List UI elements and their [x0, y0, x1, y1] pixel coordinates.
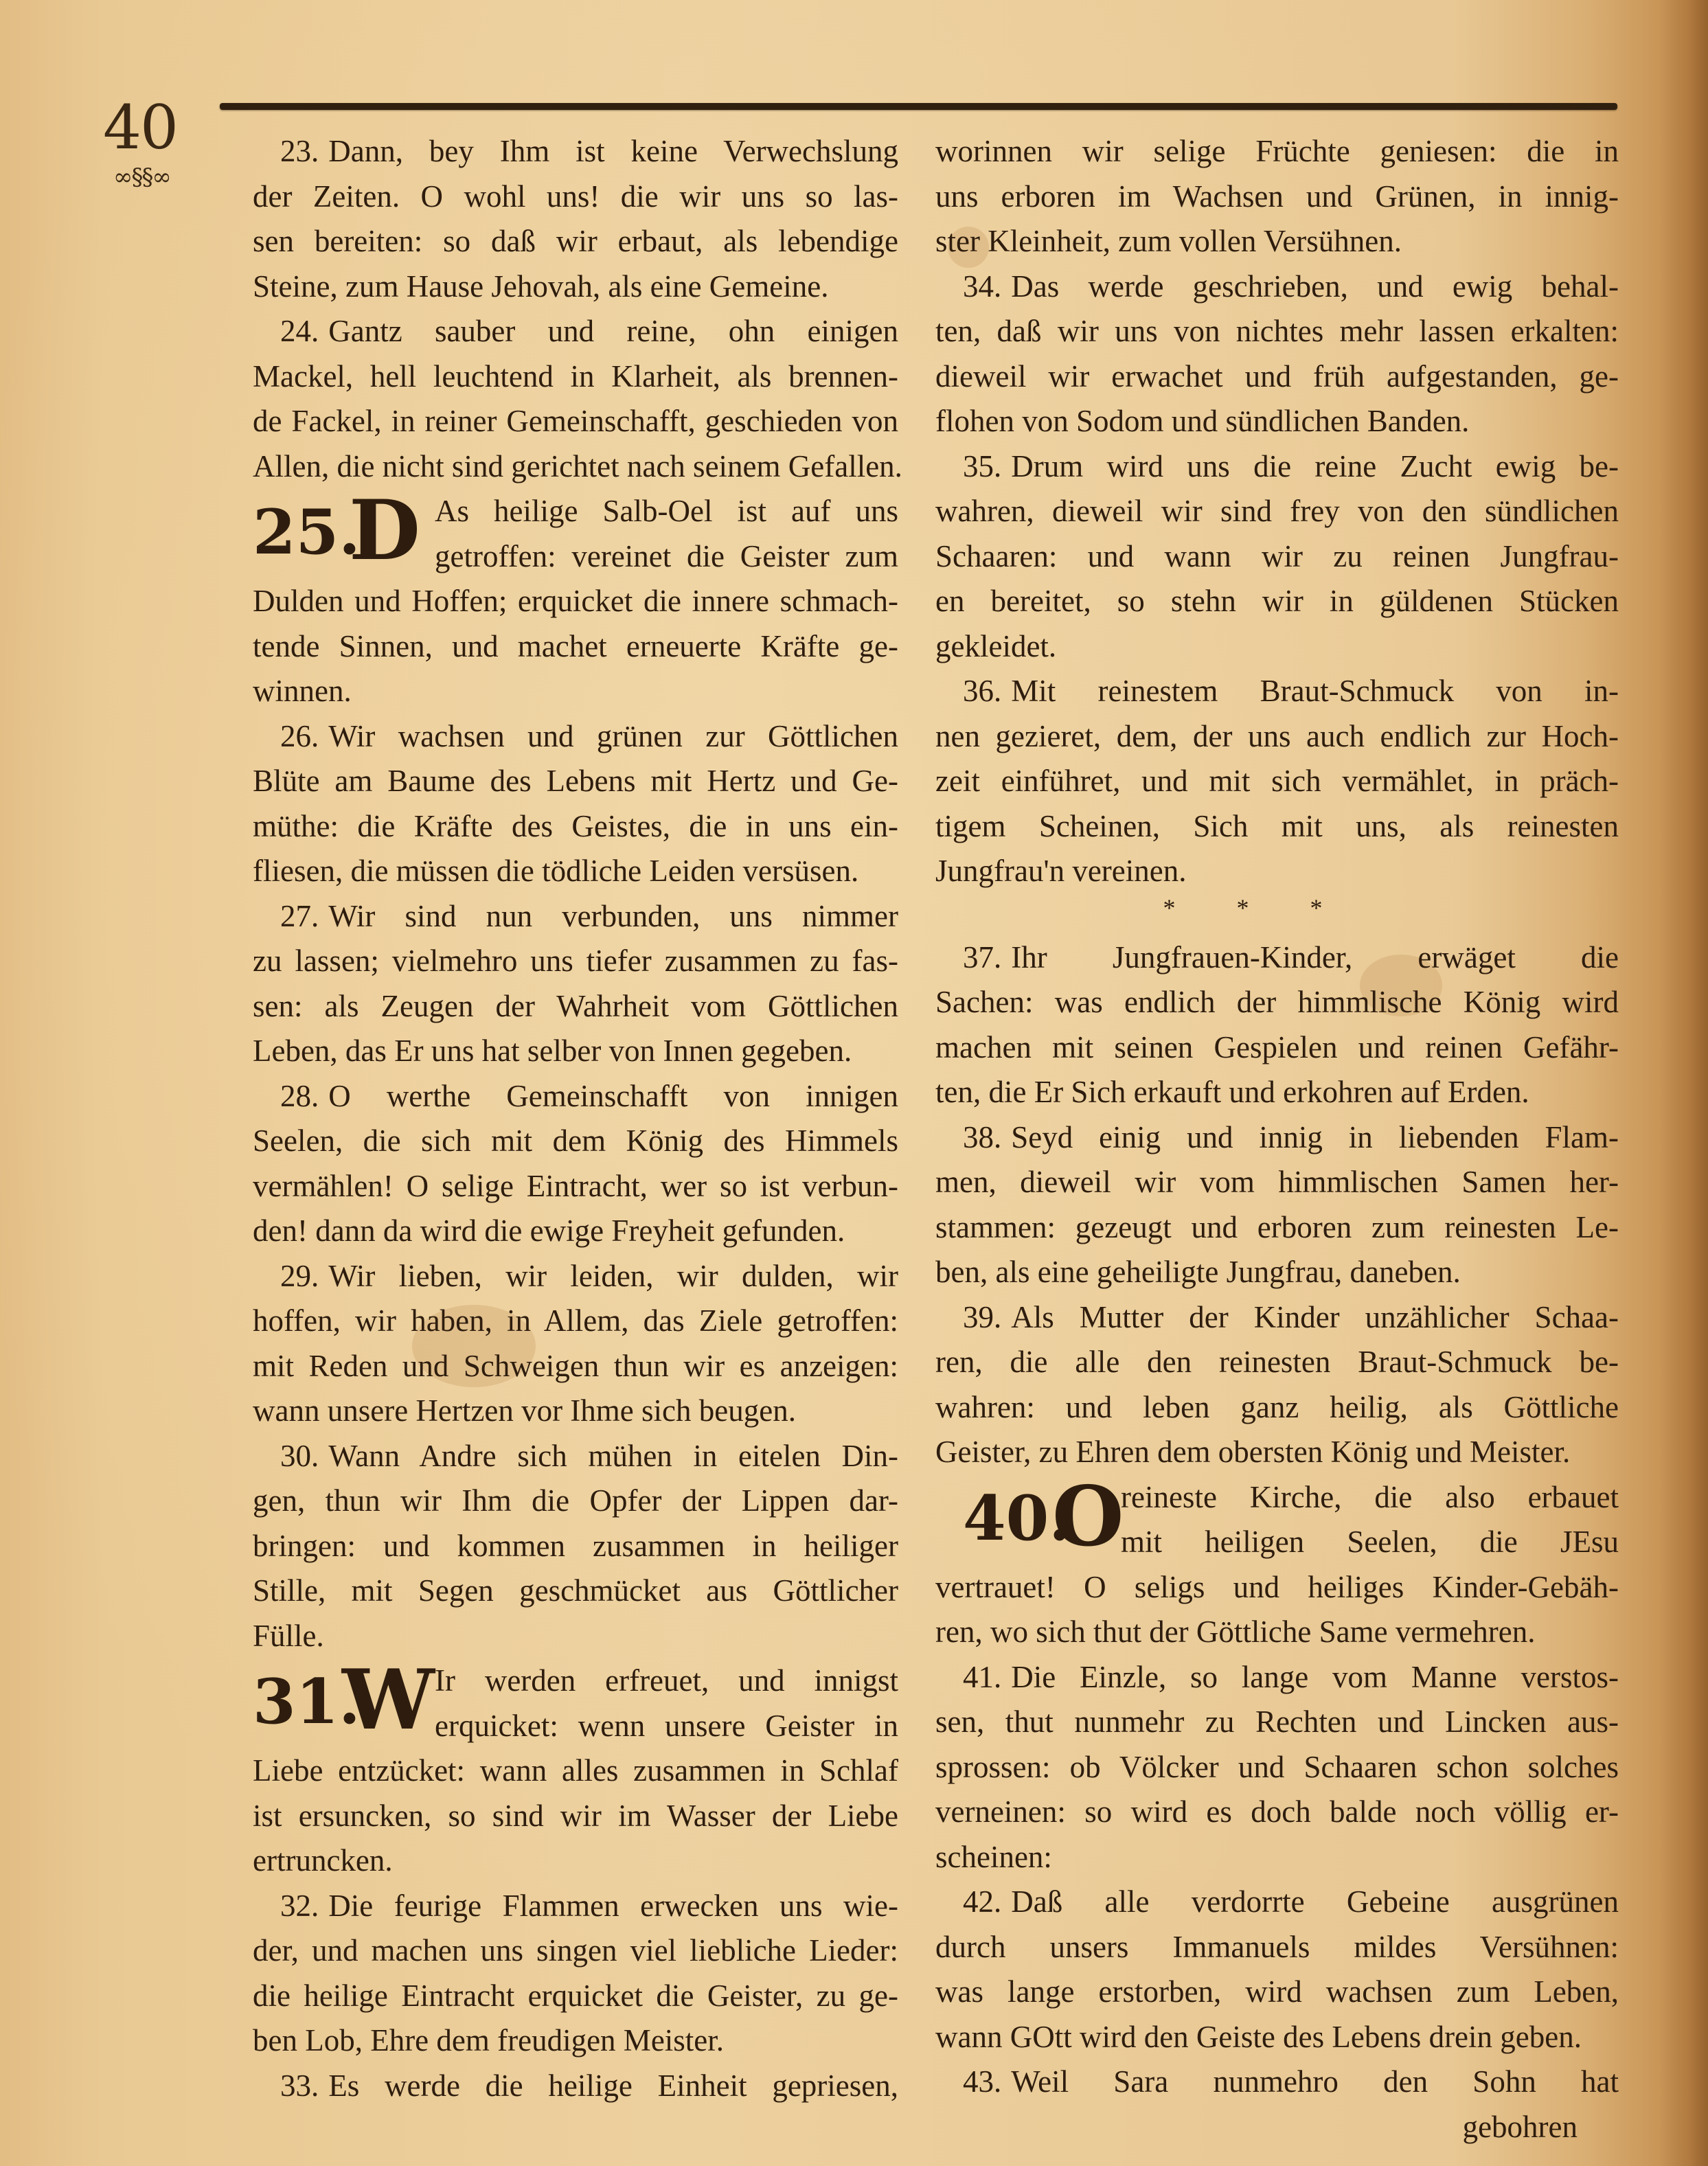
verse-text: Das werde geschrieben, und ewig behal- — [1011, 269, 1619, 304]
verse-text: durch unsers Immanuels mildes Versühnen: — [935, 1930, 1619, 1964]
verse-with-drop-cap: 25.DAs heilige Salb-Oel ist auf unsgetro… — [253, 489, 898, 579]
verse-line: müthe: die Kräfte des Geistes, die in un… — [253, 804, 898, 850]
verse-line: erquicket: wenn unsere Geister in — [435, 1704, 898, 1749]
verse-line: sen bereiten: so daß wir erbaut, als leb… — [253, 219, 898, 264]
verse-text: Gantz sauber und reine, ohn einigen — [328, 314, 898, 348]
verse-line-start: 24.Gantz sauber und reine, ohn einigen — [253, 309, 898, 354]
verse-line: mit heiligen Seelen, die JEsu — [1121, 1520, 1619, 1565]
verse-text: Ihr Jungfrauen-Kinder, erwäget die — [1011, 940, 1619, 974]
verse-line: de Fackel, in reiner Gemeinschafft, gesc… — [253, 399, 898, 444]
verse-text: sen: als Zeugen der Wahrheit vom Göttlic… — [253, 989, 898, 1023]
verse-line: was lange erstorben, wird wachsen zum Le… — [935, 1970, 1619, 2015]
verse-line: Ir werden erfreuet, und innigst — [435, 1658, 898, 1704]
verse-text: uns erboren im Wachsen und Grünen, in in… — [935, 179, 1619, 214]
verse-line: ist ersuncken, so sind wir im Wasser der… — [253, 1794, 898, 1839]
verse-line: Sachen: was endlich der himmlische König… — [935, 980, 1619, 1025]
verse-line: ertruncken. — [253, 1838, 898, 1884]
verse-line: mit Reden und Schweigen thun wir es anze… — [253, 1344, 898, 1389]
verse-line: As heilige Salb-Oel ist auf uns — [435, 489, 898, 534]
verse-number: 43. — [963, 2064, 1001, 2099]
verse-line: en bereitet, so stehn wir in güldenen St… — [935, 579, 1619, 624]
verse-text: Schaaren: und wann wir zu reinen Jungfra… — [935, 539, 1619, 573]
verse-line-start: 41.Die Einzle, so lange vom Manne versto… — [935, 1655, 1619, 1700]
verse-line: gekleidet. — [935, 624, 1619, 670]
verse-line: worinnen wir selige Früchte geniesen: di… — [935, 129, 1619, 174]
verse-line-start: 39.Als Mutter der Kinder unzählicher Sch… — [935, 1295, 1619, 1341]
verse-line: ben, als eine geheiligte Jungfrau, daneb… — [935, 1250, 1619, 1295]
verse-text: Leben, das Er uns hat selber von Innen g… — [253, 1034, 852, 1068]
ornament-icon: ∞§§∞ — [113, 163, 170, 191]
verse-line: men, dieweil wir vom himmlischen Samen h… — [935, 1160, 1619, 1205]
verse-text: nen gezieret, dem, der uns auch endlich … — [935, 719, 1619, 753]
verse-line-start: 26.Wir wachsen und grünen zur Göttlichen — [253, 714, 898, 760]
verse-line: Steine, zum Hause Jehovah, als eine Geme… — [253, 264, 898, 310]
verse-line: ben Lob, Ehre dem freudigen Meister. — [253, 2018, 898, 2064]
verse-line: ren, die alle den reinesten Braut-Schmuc… — [935, 1340, 1619, 1385]
book-page: 40 ∞§§∞ 23.Dann, bey Ihm ist keine Verwe… — [0, 0, 1708, 2166]
verse-line: zu lassen; vielmehro uns tiefer zusammen… — [253, 939, 898, 984]
verse-text: hoffen, wir haben, in Allem, das Ziele g… — [253, 1303, 898, 1338]
verse-text: bringen: und kommen zusammen in heiliger — [253, 1529, 898, 1563]
verse-line-start: 28.O werthe Gemeinschafft von innigen — [253, 1074, 898, 1119]
verse-text: ben, als eine geheiligte Jungfrau, daneb… — [935, 1255, 1461, 1289]
verse-text: mit Reden und Schweigen thun wir es anze… — [253, 1349, 898, 1383]
verse-text: wahren: und leben ganz heilig, als Göttl… — [935, 1390, 1619, 1424]
verse-line-start: 23.Dann, bey Ihm ist keine Verwechslung — [253, 129, 898, 174]
verse-text: Es werde die heilige Einheit gepriesen, — [328, 2068, 898, 2103]
verse-line-start: 43.Weil Sara nunmehro den Sohn hat — [935, 2060, 1619, 2105]
verse-number: 30. — [280, 1439, 319, 1473]
verse-line: wahren, dieweil wir sind frey von den sü… — [935, 489, 1619, 534]
verse-line: sen, thut nunmehr zu Rechten und Lincken… — [935, 1700, 1619, 1745]
verse-line: wann unsere Hertzen vor Ihme sich beugen… — [253, 1389, 898, 1434]
verse-line-start: 35.Drum wird uns die reine Zucht ewig be… — [935, 444, 1619, 490]
verse-text: Sachen: was endlich der himmlische König… — [935, 985, 1619, 1019]
verse-text: Fülle. — [253, 1619, 324, 1653]
verse-number: 37. — [963, 940, 1001, 974]
verse-text: Seelen, die sich mit dem König des Himme… — [253, 1124, 898, 1158]
verse-text: vertrauet! O seligs und heiliges Kinder-… — [935, 1570, 1619, 1604]
verse-line: der Zeiten. O wohl uns! die wir uns so l… — [253, 174, 898, 220]
verse-text: vermählen! O selige Eintracht, wer so is… — [253, 1169, 898, 1203]
verse-line: bringen: und kommen zusammen in heiliger — [253, 1524, 898, 1569]
verse-line: Jungfrau'n vereinen. — [935, 849, 1619, 894]
verse-text: scheinen: — [935, 1840, 1052, 1874]
verse-text: worinnen wir selige Früchte geniesen: di… — [935, 134, 1619, 168]
verse-text: tende Sinnen, und machet erneuerte Kräft… — [253, 629, 898, 663]
verse-line-start: 29.Wir lieben, wir leiden, wir dulden, w… — [253, 1254, 898, 1299]
verse-line: wann GOtt wird den Geiste des Lebens dre… — [935, 2015, 1619, 2060]
verse-text: wann GOtt wird den Geiste des Lebens dre… — [935, 2020, 1582, 2054]
verse-text: Wir sind nun verbunden, uns nimmer — [328, 899, 898, 933]
verse-text: fliesen, die müssen die tödliche Leiden … — [253, 854, 858, 888]
verse-text: Steine, zum Hause Jehovah, als eine Geme… — [253, 269, 828, 304]
verse-number: 23. — [280, 134, 319, 168]
verse-text: Weil Sara nunmehro den Sohn hat — [1011, 2064, 1619, 2099]
verse-line: die heilige Eintracht erquicket die Geis… — [253, 1974, 898, 2019]
verse-line-start: 30.Wann Andre sich mühen in eitelen Din- — [253, 1434, 898, 1479]
verse-line: durch unsers Immanuels mildes Versühnen: — [935, 1925, 1619, 1970]
verse-text: stammen: gezeugt und erboren zum reinest… — [935, 1210, 1619, 1244]
verse-text: müthe: die Kräfte des Geistes, die in un… — [253, 809, 898, 843]
verse-line: nen gezieret, dem, der uns auch endlich … — [935, 714, 1619, 760]
verse-text: ster Kleinheit, zum vollen Versühnen. — [935, 224, 1402, 258]
verse-text: en bereitet, so stehn wir in güldenen St… — [935, 584, 1619, 618]
verse-line-start: 34.Das werde geschrieben, und ewig behal… — [935, 264, 1619, 310]
verse-number: 24. — [280, 314, 319, 348]
verse-line: verneinen: so wird es doch balde noch vö… — [935, 1790, 1619, 1835]
verse-text: winnen. — [253, 674, 352, 708]
verse-text: Mit reinestem Braut-Schmuck von in- — [1011, 674, 1619, 708]
verse-text: Wir wachsen und grünen zur Göttlichen — [328, 719, 898, 753]
verse-number: 27. — [280, 899, 319, 933]
verse-text: Dulden und Hoffen; erquicket die innere … — [253, 584, 898, 618]
verse-text: Geister, zu Ehren dem obersten König und… — [935, 1435, 1570, 1469]
verse-text: Die feurige Flammen erwecken uns wie- — [328, 1889, 898, 1923]
verse-text: zu lassen; vielmehro uns tiefer zusammen… — [253, 944, 898, 978]
verse-line: ster Kleinheit, zum vollen Versühnen. — [935, 219, 1619, 264]
page-number: 40 — [103, 98, 177, 158]
large-verse-number: 25. — [253, 494, 361, 570]
verse-number: 35. — [963, 449, 1001, 483]
verse-text: gen, thun wir Ihm die Opfer der Lippen d… — [253, 1483, 898, 1518]
verse-line: ren, wo sich thut der Göttliche Same ver… — [935, 1610, 1619, 1655]
verse-number: 42. — [963, 1884, 1001, 1919]
verse-text: Drum wird uns die reine Zucht ewig be- — [1011, 449, 1619, 483]
header-rule — [220, 103, 1617, 110]
verse-text: zeit einführet, und mit sich vermählet, … — [935, 764, 1619, 798]
verse-text: Dann, bey Ihm ist keine Verwechslung — [328, 134, 898, 168]
verse-number: 36. — [963, 674, 1001, 708]
verse-line: Geister, zu Ehren dem obersten König und… — [935, 1430, 1619, 1475]
verse-line: Dulden und Hoffen; erquicket die innere … — [253, 579, 898, 624]
verse-line: machen mit seinen Gespielen und reinen G… — [935, 1025, 1619, 1071]
verse-line: Mackel, hell leuchtend in Klarheit, als … — [253, 354, 898, 400]
verse-text: ist ersuncken, so sind wir im Wasser der… — [253, 1799, 898, 1833]
verse-line: Liebe entzücket: wann alles zusammen in … — [253, 1748, 898, 1794]
verse-text: wahren, dieweil wir sind frey von den sü… — [935, 494, 1619, 528]
verse-number: 39. — [963, 1300, 1001, 1334]
verse-line: stammen: gezeugt und erboren zum reinest… — [935, 1205, 1619, 1251]
verse-text: Allen, die nicht sind gerichtet nach sei… — [253, 449, 902, 483]
verse-line: getroffen: vereinet die Geister zum — [435, 534, 898, 580]
verse-line-start: 36.Mit reinestem Braut-Schmuck von in- — [935, 669, 1619, 714]
verse-number: 28. — [280, 1079, 319, 1113]
verse-line: fliesen, die müssen die tödliche Leiden … — [253, 849, 898, 894]
verse-line: gen, thun wir Ihm die Opfer der Lippen d… — [253, 1479, 898, 1524]
verse-text: Daß alle verdorrte Gebeine ausgrünen — [1011, 1884, 1619, 1919]
verse-line: ten, daß wir uns von nichtes mehr lassen… — [935, 309, 1619, 354]
verse-line-start: 37.Ihr Jungfrauen-Kinder, erwäget die — [935, 935, 1619, 981]
verse-line-start: 42.Daß alle verdorrte Gebeine ausgrünen — [935, 1880, 1619, 1925]
verse-number: 33. — [280, 2068, 319, 2103]
verse-text: ten, die Er Sich erkauft und erkohren au… — [935, 1075, 1529, 1109]
verse-text: ben Lob, Ehre dem freudigen Meister. — [253, 2023, 724, 2057]
verse-line: vertrauet! O seligs und heiliges Kinder-… — [935, 1565, 1619, 1610]
verse-line: dieweil wir erwachet und früh aufgestand… — [935, 354, 1619, 400]
verse-number: 26. — [280, 719, 319, 753]
verse-number: 34. — [963, 269, 1001, 304]
verse-line: tende Sinnen, und machet erneuerte Kräft… — [253, 624, 898, 670]
verse-line: uns erboren im Wachsen und Grünen, in in… — [935, 174, 1619, 220]
verse-line-start: 27.Wir sind nun verbunden, uns nimmer — [253, 894, 898, 939]
verse-text: de Fackel, in reiner Gemeinschafft, gesc… — [253, 404, 898, 438]
verse-text: ten, daß wir uns von nichtes mehr lassen… — [935, 314, 1619, 348]
section-separator: * * * — [894, 894, 1619, 922]
verse-line: hoffen, wir haben, in Allem, das Ziele g… — [253, 1299, 898, 1344]
verse-line: ten, die Er Sich erkauft und erkohren au… — [935, 1070, 1619, 1115]
verse-line: Stille, mit Segen geschmücket aus Göttli… — [253, 1569, 898, 1614]
verse-line: winnen. — [253, 669, 898, 714]
verse-text: tigem Scheinen, Sich mit uns, als reines… — [935, 809, 1619, 843]
verse-line: Seelen, die sich mit dem König des Himme… — [253, 1119, 898, 1164]
verse-text: die heilige Eintracht erquicket die Geis… — [253, 1979, 898, 2013]
verse-line-start: 33.Es werde die heilige Einheit gepriese… — [253, 2064, 898, 2109]
verse-text: gekleidet. — [935, 629, 1056, 663]
verse-line: den! dann da wird die ewige Freyheit gef… — [253, 1209, 898, 1254]
verse-number: 38. — [963, 1120, 1001, 1154]
verse-text: wann unsere Hertzen vor Ihme sich beugen… — [253, 1393, 796, 1428]
verse-text: Blüte am Baume des Lebens mit Hertz und … — [253, 764, 898, 798]
verse-text: was lange erstorben, wird wachsen zum Le… — [935, 1974, 1619, 2009]
verse-line: sen: als Zeugen der Wahrheit vom Göttlic… — [253, 984, 898, 1029]
verse-text: sen bereiten: so daß wir erbaut, als leb… — [253, 224, 898, 258]
verse-line-start: 32.Die feurige Flammen erwecken uns wie- — [253, 1884, 898, 1929]
verse-text: flohen von Sodom und sündlichen Banden. — [935, 404, 1469, 438]
drop-cap-initial: D — [349, 486, 420, 575]
verse-text: sprossen: ob Völcker und Schaaren schon … — [935, 1750, 1619, 1784]
verse-line-start: 38.Seyd einig und innig in liebenden Fla… — [935, 1115, 1619, 1161]
verse-text: den! dann da wird die ewige Freyheit gef… — [253, 1213, 845, 1248]
verse-text: der, und machen uns singen viel lieblich… — [253, 1933, 898, 1968]
verse-line: Leben, das Er uns hat selber von Innen g… — [253, 1029, 898, 1074]
verse-text: Jungfrau'n vereinen. — [935, 854, 1186, 888]
drop-cap-initial: O — [1052, 1472, 1124, 1562]
verse-text: dieweil wir erwachet und früh aufgestand… — [935, 359, 1619, 394]
verse-number: 41. — [963, 1660, 1001, 1694]
verse-text: Seyd einig und innig in liebenden Flam- — [1011, 1120, 1619, 1154]
verse-text: Als Mutter der Kinder unzählicher Schaa- — [1011, 1300, 1619, 1334]
verse-text: O werthe Gemeinschafft von innigen — [328, 1079, 898, 1113]
verse-text: Wann Andre sich mühen in eitelen Din- — [328, 1439, 898, 1473]
catchword: gebohren — [935, 2105, 1619, 2150]
verse-text: Wir lieben, wir leiden, wir dulden, wir — [328, 1259, 898, 1293]
verse-text: Mackel, hell leuchtend in Klarheit, als … — [253, 359, 898, 394]
verse-line: vermählen! O selige Eintracht, wer so is… — [253, 1164, 898, 1209]
page-edge-shadow — [1660, 0, 1708, 2166]
verse-line: der, und machen uns singen viel lieblich… — [253, 1928, 898, 1974]
verse-text: Liebe entzücket: wann alles zusammen in … — [253, 1753, 898, 1788]
right-column: worinnen wir selige Früchte geniesen: di… — [935, 129, 1619, 2150]
verse-with-drop-cap: 40.Oreineste Kirche, die also erbauetmit… — [935, 1475, 1619, 1565]
verse-text: Die Einzle, so lange vom Manne verstos- — [1011, 1660, 1619, 1694]
verse-text: Stille, mit Segen geschmücket aus Göttli… — [253, 1573, 898, 1608]
verse-line: tigem Scheinen, Sich mit uns, als reines… — [935, 804, 1619, 850]
verse-text: verneinen: so wird es doch balde noch vö… — [935, 1794, 1619, 1829]
verse-text: machen mit seinen Gespielen und reinen G… — [935, 1030, 1619, 1064]
verse-line: Blüte am Baume des Lebens mit Hertz und … — [253, 759, 898, 804]
verse-line: sprossen: ob Völcker und Schaaren schon … — [935, 1745, 1619, 1790]
verse-text: ertruncken. — [253, 1843, 393, 1878]
verse-line: flohen von Sodom und sündlichen Banden. — [935, 399, 1619, 444]
verse-text: sen, thut nunmehr zu Rechten und Lincken… — [935, 1705, 1619, 1739]
verse-text: der Zeiten. O wohl uns! die wir uns so l… — [253, 179, 898, 214]
verse-line: scheinen: — [935, 1835, 1619, 1880]
verse-line: zeit einführet, und mit sich vermählet, … — [935, 759, 1619, 804]
verse-text: ren, die alle den reinesten Braut-Schmuc… — [935, 1345, 1619, 1379]
left-column: 23.Dann, bey Ihm ist keine Verwechslungd… — [253, 129, 898, 2108]
drop-cap-initial: W — [342, 1656, 435, 1745]
verse-number: 29. — [280, 1259, 319, 1293]
verse-line: reineste Kirche, die also erbauet — [1121, 1475, 1619, 1520]
verse-with-drop-cap: 31.WIr werden erfreuet, und innigsterqui… — [253, 1658, 898, 1748]
verse-line: wahren: und leben ganz heilig, als Göttl… — [935, 1385, 1619, 1430]
verse-line: Schaaren: und wann wir zu reinen Jungfra… — [935, 534, 1619, 580]
verse-text: men, dieweil wir vom himmlischen Samen h… — [935, 1165, 1619, 1199]
verse-number: 32. — [280, 1889, 319, 1923]
verse-text: ren, wo sich thut der Göttliche Same ver… — [935, 1615, 1535, 1649]
